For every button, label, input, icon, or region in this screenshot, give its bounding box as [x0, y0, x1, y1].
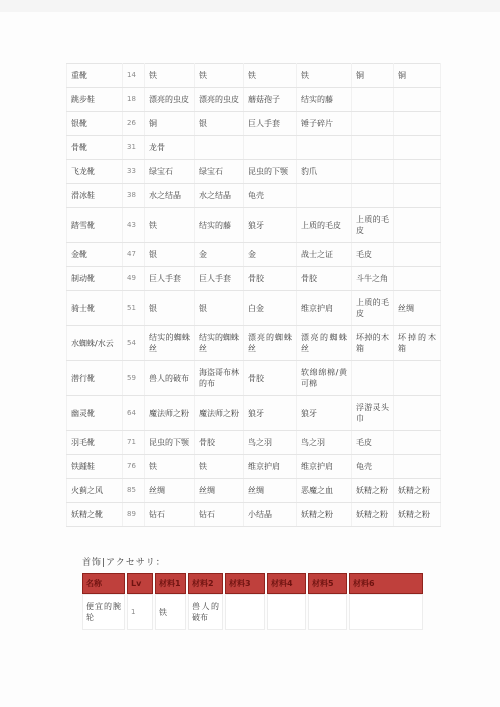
- table-row: 妖精之靴89钻石钻石小结晶妖精之粉妖精之粉妖精之粉: [67, 503, 441, 527]
- material-cell-2: 骨胶: [195, 431, 244, 455]
- material-cell-4: 结实的藤: [297, 88, 352, 112]
- material-cell-3: 巨人手套: [244, 112, 297, 136]
- material-cell-3: [244, 136, 297, 160]
- material-cell-2: 丝绸: [195, 479, 244, 503]
- material-cell-5: 铜: [352, 64, 394, 88]
- material-cell-6: 妖精之粉: [394, 503, 441, 527]
- material-cell-3: 铁: [244, 64, 297, 88]
- material-cell-4: 狼牙: [297, 396, 352, 431]
- material-cell-5: 妖精之粉: [352, 479, 394, 503]
- item-name-cell: 羽毛靴: [67, 431, 123, 455]
- page-top-band: [0, 0, 500, 12]
- material-cell-1: 铁: [145, 208, 195, 243]
- material-cell-6: [394, 112, 441, 136]
- material-cell-6: [394, 396, 441, 431]
- material-cell-6: [394, 208, 441, 243]
- material-cell-6: [394, 136, 441, 160]
- material-cell-5: [308, 594, 347, 630]
- material-cell-6: [394, 267, 441, 291]
- material-cell-4: 妖精之粉: [297, 503, 352, 527]
- material-cell-2: 结实的藤: [195, 208, 244, 243]
- item-level-cell: 31: [123, 136, 145, 160]
- material-cell-4: 骨胶: [297, 267, 352, 291]
- material-cell-3: 白金: [244, 291, 297, 326]
- item-name-cell: 妖精之靴: [67, 503, 123, 527]
- accessories-section: 首饰|アクセサリ： 名称Lv材料1材料2材料3材料4材料5材料6 便宜的腕轮1铁…: [82, 555, 500, 630]
- material-cell-6: 铜: [394, 64, 441, 88]
- material-cell-2: 铁: [195, 455, 244, 479]
- accessories-header-cell-6: 材料4: [267, 573, 306, 594]
- item-level-cell: 89: [123, 503, 145, 527]
- item-name-cell: 骑士靴: [67, 291, 123, 326]
- material-cell-1: 铁: [145, 455, 195, 479]
- material-cell-5: 妖精之粉: [352, 503, 394, 527]
- material-cell-2: 银: [195, 291, 244, 326]
- material-cell-2: 漂亮的虫皮: [195, 88, 244, 112]
- item-name-cell: 金靴: [67, 243, 123, 267]
- material-cell-4: 恶魔之血: [297, 479, 352, 503]
- material-cell-3: 昆虫的下颚: [244, 160, 297, 184]
- material-cell-3: 丝绸: [244, 479, 297, 503]
- material-cell-5: 毛皮: [352, 431, 394, 455]
- material-cell-3: 龟壳: [244, 184, 297, 208]
- item-level-cell: 54: [123, 326, 145, 361]
- item-name-cell: 滑冰鞋: [67, 184, 123, 208]
- material-cell-4: 漂亮的蜘蛛丝: [297, 326, 352, 361]
- material-cell-6: 妖精之粉: [394, 479, 441, 503]
- material-cell-5: 毛皮: [352, 243, 394, 267]
- material-cell-1: 结实的蜘蛛丝: [145, 326, 195, 361]
- material-cell-6: [349, 594, 423, 630]
- material-cell-5: [352, 361, 394, 396]
- material-cell-1: 钻石: [145, 503, 195, 527]
- table-row: 铁踵鞋76铁铁维京护肩维京护肩龟壳: [67, 455, 441, 479]
- material-cell-4: 维京护肩: [297, 455, 352, 479]
- material-cell-4: 维京护肩: [297, 291, 352, 326]
- material-cell-1: 丝绸: [145, 479, 195, 503]
- material-cell-2: 魔法师之粉: [195, 396, 244, 431]
- material-cell-4: 锤子碎片: [297, 112, 352, 136]
- material-cell-1: 龙骨: [145, 136, 195, 160]
- material-cell-3: [225, 594, 265, 630]
- table-row: 踏雪靴43铁结实的藤狼牙上质的毛皮上质的毛皮: [67, 208, 441, 243]
- item-level-cell: 71: [123, 431, 145, 455]
- item-level-cell: 47: [123, 243, 145, 267]
- table-row: 羽毛靴71昆虫的下颚骨胶鸟之羽鸟之羽毛皮: [67, 431, 441, 455]
- material-cell-2: 海盗哥布林的布: [195, 361, 244, 396]
- material-cell-2: 绿宝石: [195, 160, 244, 184]
- boots-materials-table: 重靴14铁铁铁铁铜铜跳步鞋18漂亮的虫皮漂亮的虫皮蘑菇孢子结实的藤银靴26铜银巨…: [66, 63, 441, 527]
- material-cell-5: [352, 112, 394, 136]
- material-cell-6: [394, 160, 441, 184]
- material-cell-1: 巨人手套: [145, 267, 195, 291]
- material-cell-6: 丝绸: [394, 291, 441, 326]
- item-name-cell: 重靴: [67, 64, 123, 88]
- item-level-cell: 26: [123, 112, 145, 136]
- table-row: 骨靴31龙骨: [67, 136, 441, 160]
- material-cell-2: 水之结晶: [195, 184, 244, 208]
- material-cell-1: 魔法师之粉: [145, 396, 195, 431]
- material-cell-1: 铁: [155, 594, 186, 630]
- table-row: 骑士靴51银银白金维京护肩上质的毛皮丝绸: [67, 291, 441, 326]
- material-cell-2: 钻石: [195, 503, 244, 527]
- material-cell-1: 昆虫的下颚: [145, 431, 195, 455]
- material-cell-6: [394, 431, 441, 455]
- material-cell-5: 上质的毛皮: [352, 208, 394, 243]
- material-cell-4: 上质的毛皮: [297, 208, 352, 243]
- material-cell-6: [394, 184, 441, 208]
- material-cell-2: 结实的蜘蛛丝: [195, 326, 244, 361]
- item-level-cell: 38: [123, 184, 145, 208]
- material-cell-6: [394, 88, 441, 112]
- item-level-cell: 33: [123, 160, 145, 184]
- accessories-header-cell-5: 材料3: [225, 573, 265, 594]
- material-cell-3: 漂亮的蜘蛛丝: [244, 326, 297, 361]
- table-row: 飞龙靴33绿宝石绿宝石昆虫的下颚豹爪: [67, 160, 441, 184]
- material-cell-5: [352, 160, 394, 184]
- item-name-cell: 潜行靴: [67, 361, 123, 396]
- material-cell-4: 鸟之羽: [297, 431, 352, 455]
- accessories-header-cell-8: 材料6: [349, 573, 423, 594]
- material-cell-6: [394, 361, 441, 396]
- table-row: 金靴47银金金战士之证毛皮: [67, 243, 441, 267]
- material-cell-3: 骨胶: [244, 267, 297, 291]
- table-row: 银靴26铜银巨人手套锤子碎片: [67, 112, 441, 136]
- item-name-cell: 铁踵鞋: [67, 455, 123, 479]
- item-name-cell: 飞龙靴: [67, 160, 123, 184]
- table-row: 水蜘蛛/水云54结实的蜘蛛丝结实的蜘蛛丝漂亮的蜘蛛丝漂亮的蜘蛛丝坏掉的木箱坏掉的…: [67, 326, 441, 361]
- item-level-cell: 1: [127, 594, 153, 630]
- material-cell-3: 维京护肩: [244, 455, 297, 479]
- material-cell-1: 银: [145, 291, 195, 326]
- material-cell-4: 软绵绵棉/黄可棉: [297, 361, 352, 396]
- material-cell-2: 金: [195, 243, 244, 267]
- table-row: 滑冰鞋38水之结晶水之结晶龟壳: [67, 184, 441, 208]
- material-cell-4: [297, 184, 352, 208]
- material-cell-4: [297, 136, 352, 160]
- item-name-cell: 银靴: [67, 112, 123, 136]
- material-cell-2: 兽人的破布: [188, 594, 223, 630]
- material-cell-2: 铁: [195, 64, 244, 88]
- accessories-header-cell-2: Lv: [127, 573, 153, 594]
- material-cell-5: [352, 184, 394, 208]
- material-cell-5: [352, 88, 394, 112]
- material-cell-4: [267, 594, 306, 630]
- material-cell-5: 浮游灵头巾: [352, 396, 394, 431]
- material-cell-3: 蘑菇孢子: [244, 88, 297, 112]
- material-cell-1: 水之结晶: [145, 184, 195, 208]
- item-level-cell: 18: [123, 88, 145, 112]
- item-level-cell: 59: [123, 361, 145, 396]
- accessories-header-row: 名称Lv材料1材料2材料3材料4材料5材料6: [82, 573, 423, 594]
- item-level-cell: 85: [123, 479, 145, 503]
- table-row: 跳步鞋18漂亮的虫皮漂亮的虫皮蘑菇孢子结实的藤: [67, 88, 441, 112]
- material-cell-6: [394, 243, 441, 267]
- material-cell-1: 铁: [145, 64, 195, 88]
- item-name-cell: 幽灵靴: [67, 396, 123, 431]
- item-level-cell: 43: [123, 208, 145, 243]
- material-cell-2: 巨人手套: [195, 267, 244, 291]
- content-area: 重靴14铁铁铁铁铜铜跳步鞋18漂亮的虫皮漂亮的虫皮蘑菇孢子结实的藤银靴26铜银巨…: [0, 12, 500, 630]
- table-row: 重靴14铁铁铁铁铜铜: [67, 64, 441, 88]
- item-level-cell: 14: [123, 64, 145, 88]
- item-level-cell: 49: [123, 267, 145, 291]
- material-cell-5: [352, 136, 394, 160]
- accessories-table: 名称Lv材料1材料2材料3材料4材料5材料6 便宜的腕轮1铁兽人的破布: [80, 573, 425, 630]
- accessories-header-cell-3: 材料1: [155, 573, 186, 594]
- table-row: 火蓟之风85丝绸丝绸丝绸恶魔之血妖精之粉妖精之粉: [67, 479, 441, 503]
- material-cell-3: 小结晶: [244, 503, 297, 527]
- item-level-cell: 64: [123, 396, 145, 431]
- material-cell-5: 龟壳: [352, 455, 394, 479]
- table-row: 便宜的腕轮1铁兽人的破布: [82, 594, 423, 630]
- material-cell-6: [394, 455, 441, 479]
- material-cell-4: 豹爪: [297, 160, 352, 184]
- item-level-cell: 76: [123, 455, 145, 479]
- material-cell-6: 坏掉的木箱: [394, 326, 441, 361]
- material-cell-1: 兽人的破布: [145, 361, 195, 396]
- material-cell-5: 斗牛之角: [352, 267, 394, 291]
- material-cell-4: 铁: [297, 64, 352, 88]
- table-row: 潜行靴59兽人的破布海盗哥布林的布骨胶软绵绵棉/黄可棉: [67, 361, 441, 396]
- accessories-header-cell-7: 材料5: [308, 573, 347, 594]
- material-cell-2: 银: [195, 112, 244, 136]
- item-name-cell: 制动靴: [67, 267, 123, 291]
- item-level-cell: 51: [123, 291, 145, 326]
- material-cell-3: 金: [244, 243, 297, 267]
- item-name-cell: 水蜘蛛/水云: [67, 326, 123, 361]
- material-cell-5: 上质的毛皮: [352, 291, 394, 326]
- material-cell-4: 战士之证: [297, 243, 352, 267]
- item-name-cell: 跳步鞋: [67, 88, 123, 112]
- section-title: 首饰|アクセサリ：: [82, 555, 500, 568]
- accessories-header-cell-1: 名称: [82, 573, 125, 594]
- item-name-cell: 火蓟之风: [67, 479, 123, 503]
- material-cell-3: 狼牙: [244, 208, 297, 243]
- item-name-cell: 踏雪靴: [67, 208, 123, 243]
- material-cell-3: 狼牙: [244, 396, 297, 431]
- item-name-cell: 骨靴: [67, 136, 123, 160]
- accessories-header-cell-4: 材料2: [188, 573, 223, 594]
- table-row: 幽灵靴64魔法师之粉魔法师之粉狼牙狼牙浮游灵头巾: [67, 396, 441, 431]
- item-name-cell: 便宜的腕轮: [82, 594, 125, 630]
- material-cell-3: 鸟之羽: [244, 431, 297, 455]
- material-cell-1: 漂亮的虫皮: [145, 88, 195, 112]
- material-cell-3: 骨胶: [244, 361, 297, 396]
- table-row: 制动靴49巨人手套巨人手套骨胶骨胶斗牛之角: [67, 267, 441, 291]
- material-cell-2: [195, 136, 244, 160]
- material-cell-5: 坏掉的木箱: [352, 326, 394, 361]
- material-cell-1: 银: [145, 243, 195, 267]
- material-cell-1: 铜: [145, 112, 195, 136]
- material-cell-1: 绿宝石: [145, 160, 195, 184]
